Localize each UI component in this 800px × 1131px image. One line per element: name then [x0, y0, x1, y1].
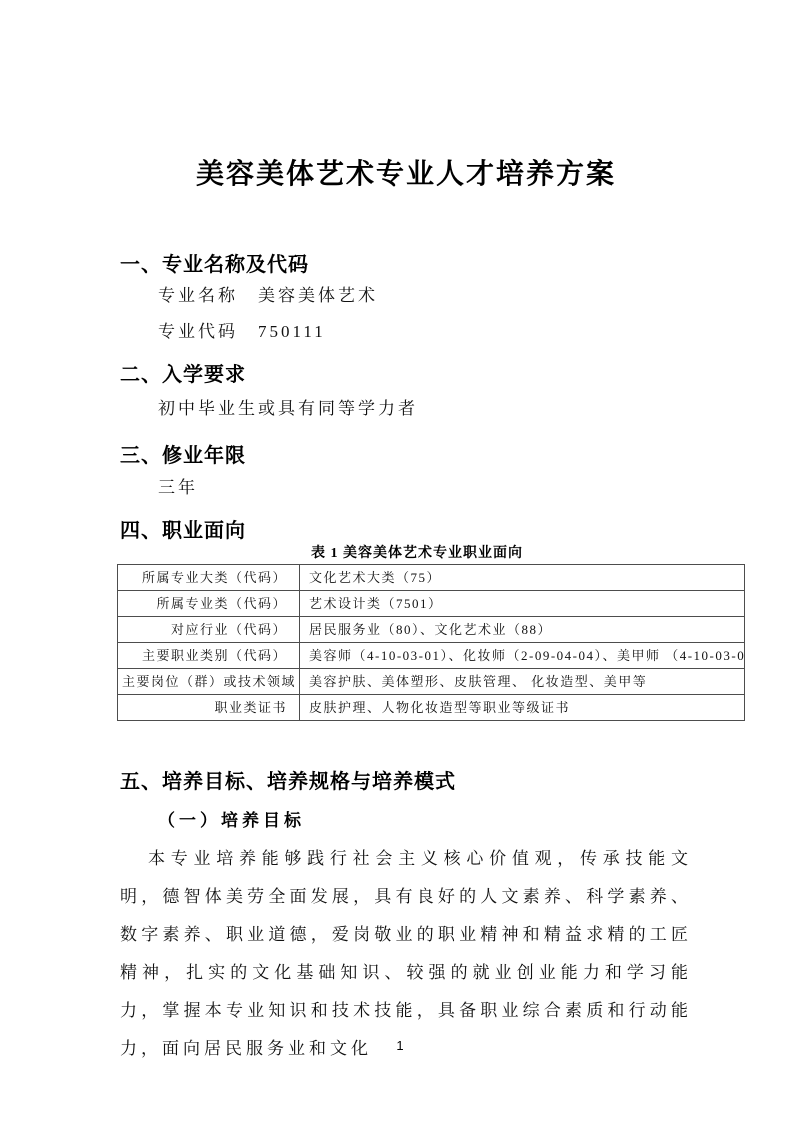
row-value: 美容护肤、美体塑形、皮肤管理、 化妆造型、美甲等	[300, 669, 745, 695]
row-label: 主要职业类别（代码）	[118, 643, 300, 669]
major-name-line: 专业名称 美容美体艺术	[158, 284, 800, 308]
table-row: 所属专业大类（代码） 文化艺术大类（75）	[118, 565, 745, 591]
row-label: 主要岗位（群）或技术领域	[118, 669, 300, 695]
major-code-line: 专业代码 750111	[158, 320, 800, 344]
section-heading-major-name: 一、专业名称及代码	[120, 252, 800, 278]
section-career-orientation: 四、职业面向 表 1 美容美体艺术专业职业面向 所属专业大类（代码） 文化艺术大…	[0, 518, 800, 721]
row-label: 职业类证书	[118, 695, 300, 721]
row-value: 艺术设计类（7501）	[300, 591, 745, 617]
table-row: 对应行业（代码） 居民服务业（80）、文化艺术业（88）	[118, 617, 745, 643]
page-number: 1	[0, 1038, 800, 1054]
table-row: 主要职业类别（代码） 美容师（4-10-03-01）、化妆师（2-09-04-0…	[118, 643, 745, 669]
row-label: 所属专业大类（代码）	[118, 565, 300, 591]
row-value: 皮肤护理、人物化妆造型等职业等级证书	[300, 695, 745, 721]
table-row: 主要岗位（群）或技术领域 美容护肤、美体塑形、皮肤管理、 化妆造型、美甲等	[118, 669, 745, 695]
row-label: 对应行业（代码）	[118, 617, 300, 643]
section-training-goals: 五、培养目标、培养规格与培养模式 （一）培养目标 本专业培养能够践行社会主义核心…	[0, 769, 800, 1068]
section-entry-requirements: 二、入学要求 初中毕业生或具有同等学力者	[0, 362, 800, 421]
row-value: 居民服务业（80）、文化艺术业（88）	[300, 617, 745, 643]
section-major-name: 一、专业名称及代码 专业名称 美容美体艺术 专业代码 750111	[0, 252, 800, 344]
study-duration-line: 三年	[158, 476, 800, 500]
section-heading-career-orientation: 四、职业面向	[120, 518, 800, 544]
entry-requirements-line: 初中毕业生或具有同等学力者	[158, 397, 800, 421]
section-heading-training-goals: 五、培养目标、培养规格与培养模式	[120, 769, 800, 795]
section-heading-entry-requirements: 二、入学要求	[120, 362, 800, 388]
section-study-duration: 三、修业年限 三年	[0, 443, 800, 500]
document-page: 美容美体艺术专业人才培养方案 一、专业名称及代码 专业名称 美容美体艺术 专业代…	[0, 0, 800, 1131]
table-row: 所属专业类（代码） 艺术设计类（7501）	[118, 591, 745, 617]
career-table: 所属专业大类（代码） 文化艺术大类（75） 所属专业类（代码） 艺术设计类（75…	[117, 564, 745, 721]
row-label: 所属专业类（代码）	[118, 591, 300, 617]
table-caption: 表 1 美容美体艺术专业职业面向	[120, 546, 714, 562]
document-title: 美容美体艺术专业人才培养方案	[120, 155, 692, 195]
career-table-body: 所属专业大类（代码） 文化艺术大类（75） 所属专业类（代码） 艺术设计类（75…	[118, 565, 745, 721]
section-heading-study-duration: 三、修业年限	[120, 443, 800, 469]
row-value: 文化艺术大类（75）	[300, 565, 745, 591]
table-row: 职业类证书 皮肤护理、人物化妆造型等职业等级证书	[118, 695, 745, 721]
training-goal-paragraph: 本专业培养能够践行社会主义核心价值观，传承技能文明，德智体美劳全面发展，具有良好…	[120, 840, 692, 1068]
row-value: 美容师（4-10-03-01）、化妆师（2-09-04-04）、美甲师 （4-1…	[300, 643, 745, 669]
subheading-training-goal: （一）培养目标	[158, 810, 800, 832]
